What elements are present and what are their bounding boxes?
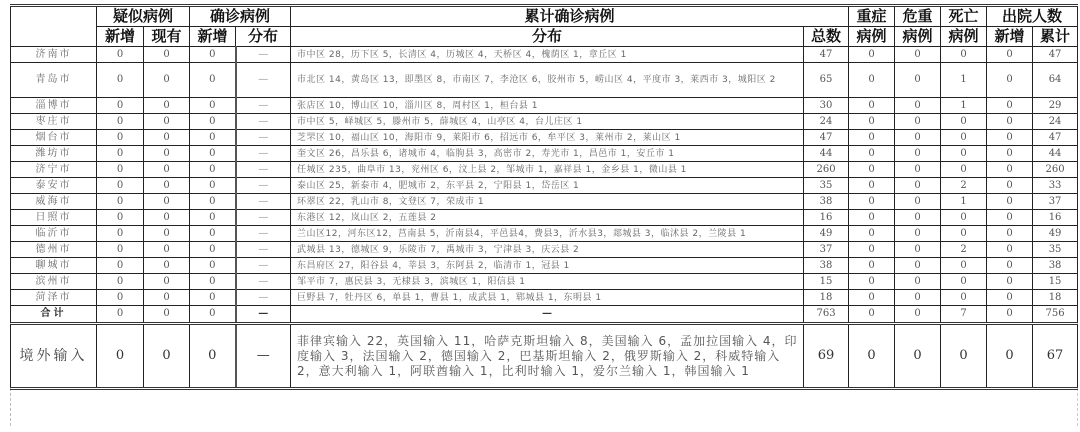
- cumulative-total: 65: [804, 63, 849, 98]
- severe-cases: 0: [849, 194, 895, 210]
- header-discharged-total: 累计: [1033, 27, 1078, 47]
- suspected-new: 0: [97, 258, 144, 274]
- header-cumulative-distribution: 分布: [291, 27, 804, 47]
- confirmed-distribution: —: [236, 324, 291, 389]
- severe-cases: 0: [849, 324, 895, 389]
- confirmed-new: 0: [190, 98, 236, 114]
- death-cases: 0: [941, 130, 987, 146]
- confirmed-new: 0: [190, 210, 236, 226]
- header-death-cases: 病例: [941, 27, 987, 47]
- confirmed-new: 0: [190, 146, 236, 162]
- severe-cases: 0: [849, 178, 895, 194]
- discharged-total: 47: [1033, 47, 1078, 63]
- severe-cases: 0: [849, 114, 895, 130]
- suspected-new: 0: [97, 324, 144, 389]
- confirmed-new: 0: [190, 226, 236, 242]
- critical-cases: 0: [895, 178, 941, 194]
- discharged-new: 0: [987, 194, 1033, 210]
- suspected-new: 0: [97, 290, 144, 306]
- cumulative-total: 18: [804, 290, 849, 306]
- header-confirmed-new: 新增: [190, 27, 236, 47]
- discharged-new: 0: [987, 242, 1033, 258]
- cumulative-total: 24: [804, 114, 849, 130]
- death-cases: 0: [941, 258, 987, 274]
- cumulative-distribution: 奎文区 26，昌乐县 6，诸城市 4，临朐县 3，高密市 2，寿光市 1，昌邑市…: [291, 146, 804, 162]
- suspected-new: 0: [97, 242, 144, 258]
- critical-cases: 0: [895, 130, 941, 146]
- confirmed-distribution: —: [236, 162, 291, 178]
- confirmed-distribution: —: [236, 306, 291, 324]
- severe-cases: 0: [849, 258, 895, 274]
- table-row: 德州市000—武城县 13，德城区 9，乐陵市 7，禹城市 3，宁津县 3，庆云…: [11, 242, 1078, 258]
- severe-cases: 0: [849, 146, 895, 162]
- discharged-new: 0: [987, 47, 1033, 63]
- suspected-current: 0: [144, 178, 190, 194]
- header-critical: 危重: [895, 6, 941, 27]
- cumulative-distribution: 武城县 13，德城区 9，乐陵市 7，禹城市 3，宁津县 3，庆云县 2: [291, 242, 804, 258]
- confirmed-distribution: —: [236, 63, 291, 98]
- confirmed-distribution: —: [236, 178, 291, 194]
- suspected-current: 0: [144, 146, 190, 162]
- confirmed-new: 0: [190, 63, 236, 98]
- discharged-total: 16: [1033, 210, 1078, 226]
- cumulative-total: 69: [804, 324, 849, 389]
- imported-distribution: 菲律宾输入 22，英国输入 11，哈萨克斯坦输入 8，美国输入 6，孟加拉国输入…: [291, 324, 804, 389]
- suspected-current: 0: [144, 63, 190, 98]
- cumulative-total: 30: [804, 98, 849, 114]
- city-name: 菏泽市: [11, 290, 97, 306]
- suspected-current: 0: [144, 274, 190, 290]
- suspected-new: 0: [97, 130, 144, 146]
- discharged-total: 64: [1033, 63, 1078, 98]
- confirmed-new: 0: [190, 178, 236, 194]
- table-row: 济南市000—市中区 28，历下区 5，长清区 4，历城区 4，天桥区 4，槐荫…: [11, 47, 1078, 63]
- city-name: 滨州市: [11, 274, 97, 290]
- confirmed-distribution: —: [236, 130, 291, 146]
- death-cases: 1: [941, 63, 987, 98]
- cumulative-distribution: 泰山区 25，新泰市 4，肥城市 2，东平县 2，宁阳县 1，岱岳区 1: [291, 178, 804, 194]
- severe-cases: 0: [849, 210, 895, 226]
- discharged-new: 0: [987, 114, 1033, 130]
- discharged-total: 67: [1033, 324, 1078, 389]
- severe-cases: 0: [849, 47, 895, 63]
- cumulative-distribution: 邹平市 7，惠民县 3，无棣县 3，滨城区 1，阳信县 1: [291, 274, 804, 290]
- discharged-new: 0: [987, 306, 1033, 324]
- header-cumulative-total: 总数: [804, 27, 849, 47]
- confirmed-distribution: —: [236, 210, 291, 226]
- cumulative-distribution: 市北区 14，黄岛区 13，即墨区 8，市南区 7，李沧区 6，胶州市 5，崂山…: [291, 63, 804, 98]
- death-cases: 0: [941, 290, 987, 306]
- cumulative-distribution: 芝罘区 10，福山区 10，海阳市 9，莱阳市 6，招远市 6，牟平区 3，莱州…: [291, 130, 804, 146]
- cumulative-distribution: 张店区 10，博山区 10，淄川区 8，周村区 1，桓台县 1: [291, 98, 804, 114]
- death-cases: 2: [941, 178, 987, 194]
- suspected-new: 0: [97, 146, 144, 162]
- table-row: 临沂市000—兰山区12，河东区12，莒南县 5，沂南县4，平邑县4，费县3，沂…: [11, 226, 1078, 242]
- severe-cases: 0: [849, 63, 895, 98]
- confirmed-new: 0: [190, 162, 236, 178]
- confirmed-new: 0: [190, 274, 236, 290]
- discharged-new: 0: [987, 226, 1033, 242]
- severe-cases: 0: [849, 98, 895, 114]
- suspected-new: 0: [97, 162, 144, 178]
- critical-cases: 0: [895, 114, 941, 130]
- confirmed-distribution: —: [236, 146, 291, 162]
- confirmed-new: 0: [190, 290, 236, 306]
- header-discharged-new: 新增: [987, 27, 1033, 47]
- critical-cases: 0: [895, 47, 941, 63]
- cumulative-total: 38: [804, 194, 849, 210]
- header-death: 死亡: [941, 6, 987, 27]
- confirmed-distribution: —: [236, 290, 291, 306]
- header-severe: 重症: [849, 6, 895, 27]
- confirmed-distribution: —: [236, 98, 291, 114]
- confirmed-distribution: —: [236, 194, 291, 210]
- critical-cases: 0: [895, 290, 941, 306]
- confirmed-new: 0: [190, 258, 236, 274]
- table-row: 滨州市000—邹平市 7，惠民县 3，无棣县 3，滨城区 1，阳信县 11500…: [11, 274, 1078, 290]
- suspected-current: 0: [144, 290, 190, 306]
- cumulative-distribution: 环翠区 22，乳山市 8，文登区 7，荣成市 1: [291, 194, 804, 210]
- suspected-new: 0: [97, 274, 144, 290]
- header-row-1: 疑似病例 确诊病例 累计确诊病例 重症 危重 死亡 出院人数: [11, 6, 1078, 27]
- cumulative-distribution: 任城区 235，曲阜市 13，兖州区 6，汶上县 2，邹城市 1，嘉祥县 1，金…: [291, 162, 804, 178]
- city-name: 枣庄市: [11, 114, 97, 130]
- confirmed-distribution: —: [236, 47, 291, 63]
- critical-cases: 0: [895, 210, 941, 226]
- discharged-total: 33: [1033, 178, 1078, 194]
- critical-cases: 0: [895, 194, 941, 210]
- severe-cases: 0: [849, 226, 895, 242]
- death-cases: 7: [941, 306, 987, 324]
- city-name: 济宁市: [11, 162, 97, 178]
- discharged-total: 18: [1033, 290, 1078, 306]
- confirmed-distribution: —: [236, 114, 291, 130]
- confirmed-new: 0: [190, 306, 236, 324]
- discharged-total: 15: [1033, 274, 1078, 290]
- city-name: 淄博市: [11, 98, 97, 114]
- cumulative-distribution: 市中区 5，峄城区 5，滕州市 5，薛城区 4，山亭区 4，台儿庄区 1: [291, 114, 804, 130]
- header-critical-cases: 病例: [895, 27, 941, 47]
- death-cases: 2: [941, 242, 987, 258]
- critical-cases: 0: [895, 242, 941, 258]
- critical-cases: 0: [895, 274, 941, 290]
- cumulative-distribution: 兰山区12，河东区12，莒南县 5，沂南县4，平邑县4，费县3，沂水县3，郯城县…: [291, 226, 804, 242]
- discharged-total: 756: [1033, 306, 1078, 324]
- severe-cases: 0: [849, 290, 895, 306]
- confirmed-distribution: —: [236, 242, 291, 258]
- covid-statistics-document: 疑似病例 确诊病例 累计确诊病例 重症 危重 死亡 出院人数 新增 现有 新增 …: [10, 4, 1080, 390]
- death-cases: 0: [941, 324, 987, 389]
- discharged-new: 0: [987, 210, 1033, 226]
- suspected-current: 0: [144, 114, 190, 130]
- death-cases: 1: [941, 98, 987, 114]
- table-row: 泰安市000—泰山区 25，新泰市 4，肥城市 2，东平县 2，宁阳县 1，岱岳…: [11, 178, 1078, 194]
- death-cases: 0: [941, 114, 987, 130]
- severe-cases: 0: [849, 242, 895, 258]
- suspected-current: 0: [144, 226, 190, 242]
- cumulative-total: 44: [804, 146, 849, 162]
- cumulative-distribution: 巨野县 7，牡丹区 6，单县 1，曹县 1，成武县 1，郓城县 1，东明县 1: [291, 290, 804, 306]
- critical-cases: 0: [895, 98, 941, 114]
- confirmed-distribution: —: [236, 258, 291, 274]
- cumulative-total: 47: [804, 47, 849, 63]
- critical-cases: 0: [895, 258, 941, 274]
- discharged-new: 0: [987, 258, 1033, 274]
- confirmed-distribution: —: [236, 274, 291, 290]
- suspected-current: 0: [144, 242, 190, 258]
- table-row: 日照市000—东港区 12，岚山区 2，五莲县 216000016: [11, 210, 1078, 226]
- header-suspected: 疑似病例: [97, 6, 190, 27]
- death-cases: 1: [941, 194, 987, 210]
- suspected-new: 0: [97, 47, 144, 63]
- critical-cases: 0: [895, 146, 941, 162]
- cumulative-total: 47: [804, 130, 849, 146]
- discharged-total: 44: [1033, 146, 1078, 162]
- city-name: 泰安市: [11, 178, 97, 194]
- death-cases: 0: [941, 210, 987, 226]
- cumulative-total: 15: [804, 274, 849, 290]
- critical-cases: 0: [895, 162, 941, 178]
- city-name: 威海市: [11, 194, 97, 210]
- discharged-new: 0: [987, 178, 1033, 194]
- city-name: 烟台市: [11, 130, 97, 146]
- confirmed-new: 0: [190, 114, 236, 130]
- discharged-new: 0: [987, 146, 1033, 162]
- suspected-current: 0: [144, 210, 190, 226]
- suspected-current: 0: [144, 47, 190, 63]
- header-severe-cases: 病例: [849, 27, 895, 47]
- confirmed-distribution: —: [236, 226, 291, 242]
- severe-cases: 0: [849, 274, 895, 290]
- table-row: 聊城市000—东昌府区 27，阳谷县 4，莘县 3，东阿县 2，临清市 1，冠县…: [11, 258, 1078, 274]
- cumulative-distribution: 东港区 12，岚山区 2，五莲县 2: [291, 210, 804, 226]
- discharged-new: 0: [987, 130, 1033, 146]
- header-cumulative: 累计确诊病例: [291, 6, 849, 27]
- table-row: 青岛市000—市北区 14，黄岛区 13，即墨区 8，市南区 7，李沧区 6，胶…: [11, 63, 1078, 98]
- city-name: 德州市: [11, 242, 97, 258]
- discharged-total: 37: [1033, 194, 1078, 210]
- discharged-total: 24: [1033, 114, 1078, 130]
- cumulative-distribution: 市中区 28，历下区 5，长清区 4，历城区 4，天桥区 4，槐荫区 1，章丘区…: [291, 47, 804, 63]
- suspected-new: 0: [97, 63, 144, 98]
- suspected-new: 0: [97, 178, 144, 194]
- cumulative-distribution: 东昌府区 27，阳谷县 4，莘县 3，东阿县 2，临清市 1，冠县 1: [291, 258, 804, 274]
- severe-cases: 0: [849, 130, 895, 146]
- table-row: 烟台市000—芝罘区 10，福山区 10，海阳市 9，莱阳市 6，招远市 6，牟…: [11, 130, 1078, 146]
- header-suspected-new: 新增: [97, 27, 144, 47]
- total-row: 合计 0 0 0 — — 763 0 0 7 0 756: [11, 306, 1078, 324]
- discharged-total: 47: [1033, 130, 1078, 146]
- city-name: 青岛市: [11, 63, 97, 98]
- city-name: 聊城市: [11, 258, 97, 274]
- death-cases: 0: [941, 47, 987, 63]
- city-name: 日照市: [11, 210, 97, 226]
- discharged-total: 49: [1033, 226, 1078, 242]
- discharged-new: 0: [987, 162, 1033, 178]
- cumulative-total: 37: [804, 242, 849, 258]
- confirmed-new: 0: [190, 130, 236, 146]
- discharged-new: 0: [987, 324, 1033, 389]
- discharged-new: 0: [987, 290, 1033, 306]
- death-cases: 0: [941, 146, 987, 162]
- imported-cases-row: 境外输入 0 0 0 — 菲律宾输入 22，英国输入 11，哈萨克斯坦输入 8，…: [11, 324, 1078, 389]
- header-suspected-current: 现有: [144, 27, 190, 47]
- header-city-blank: [11, 6, 97, 47]
- city-name: 临沂市: [11, 226, 97, 242]
- cumulative-total: 49: [804, 226, 849, 242]
- header-row-2: 新增 现有 新增 分布 分布 总数 病例 病例 病例 新增 累计: [11, 27, 1078, 47]
- severe-cases: 0: [849, 306, 895, 324]
- suspected-new: 0: [97, 306, 144, 324]
- cumulative-total: 260: [804, 162, 849, 178]
- city-name: 济南市: [11, 47, 97, 63]
- severe-cases: 0: [849, 162, 895, 178]
- city-name: 潍坊市: [11, 146, 97, 162]
- table-row: 淄博市000—张店区 10，博山区 10，淄川区 8，周村区 1，桓台县 130…: [11, 98, 1078, 114]
- suspected-new: 0: [97, 114, 144, 130]
- table-row: 枣庄市000—市中区 5，峄城区 5，滕州市 5，薛城区 4，山亭区 4，台儿庄…: [11, 114, 1078, 130]
- suspected-new: 0: [97, 194, 144, 210]
- table-row: 潍坊市000—奎文区 26，昌乐县 6，诸城市 4，临朐县 3，高密市 2，寿光…: [11, 146, 1078, 162]
- death-cases: 0: [941, 274, 987, 290]
- death-cases: 0: [941, 226, 987, 242]
- critical-cases: 0: [895, 226, 941, 242]
- discharged-total: 35: [1033, 242, 1078, 258]
- suspected-current: 0: [144, 162, 190, 178]
- death-cases: 0: [941, 162, 987, 178]
- discharged-new: 0: [987, 274, 1033, 290]
- covid-cases-table: 疑似病例 确诊病例 累计确诊病例 重症 危重 死亡 出院人数 新增 现有 新增 …: [10, 4, 1078, 390]
- suspected-new: 0: [97, 226, 144, 242]
- cumulative-total: 35: [804, 178, 849, 194]
- discharged-total: 260: [1033, 162, 1078, 178]
- imported-label: 境外输入: [11, 324, 97, 389]
- discharged-new: 0: [987, 63, 1033, 98]
- critical-cases: 0: [895, 63, 941, 98]
- confirmed-new: 0: [190, 324, 236, 389]
- suspected-current: 0: [144, 306, 190, 324]
- critical-cases: 0: [895, 306, 941, 324]
- cumulative-total: 38: [804, 258, 849, 274]
- suspected-new: 0: [97, 210, 144, 226]
- suspected-current: 0: [144, 130, 190, 146]
- header-discharged: 出院人数: [987, 6, 1078, 27]
- critical-cases: 0: [895, 324, 941, 389]
- table-row: 菏泽市000—巨野县 7，牡丹区 6，单县 1，曹县 1，成武县 1，郓城县 1…: [11, 290, 1078, 306]
- confirmed-new: 0: [190, 47, 236, 63]
- confirmed-new: 0: [190, 194, 236, 210]
- header-confirmed-distribution: 分布: [236, 27, 291, 47]
- cumulative-distribution: —: [291, 306, 804, 324]
- discharged-total: 29: [1033, 98, 1078, 114]
- discharged-new: 0: [987, 98, 1033, 114]
- suspected-current: 0: [144, 258, 190, 274]
- suspected-current: 0: [144, 324, 190, 389]
- header-confirmed: 确诊病例: [190, 6, 291, 27]
- table-row: 威海市000—环翠区 22，乳山市 8，文登区 7，荣成市 138001037: [11, 194, 1078, 210]
- suspected-current: 0: [144, 194, 190, 210]
- total-label: 合计: [11, 306, 97, 324]
- discharged-total: 38: [1033, 258, 1078, 274]
- table-row: 济宁市000—任城区 235，曲阜市 13，兖州区 6，汶上县 2，邹城市 1，…: [11, 162, 1078, 178]
- suspected-new: 0: [97, 98, 144, 114]
- confirmed-new: 0: [190, 242, 236, 258]
- suspected-current: 0: [144, 98, 190, 114]
- cumulative-total: 763: [804, 306, 849, 324]
- cumulative-total: 16: [804, 210, 849, 226]
